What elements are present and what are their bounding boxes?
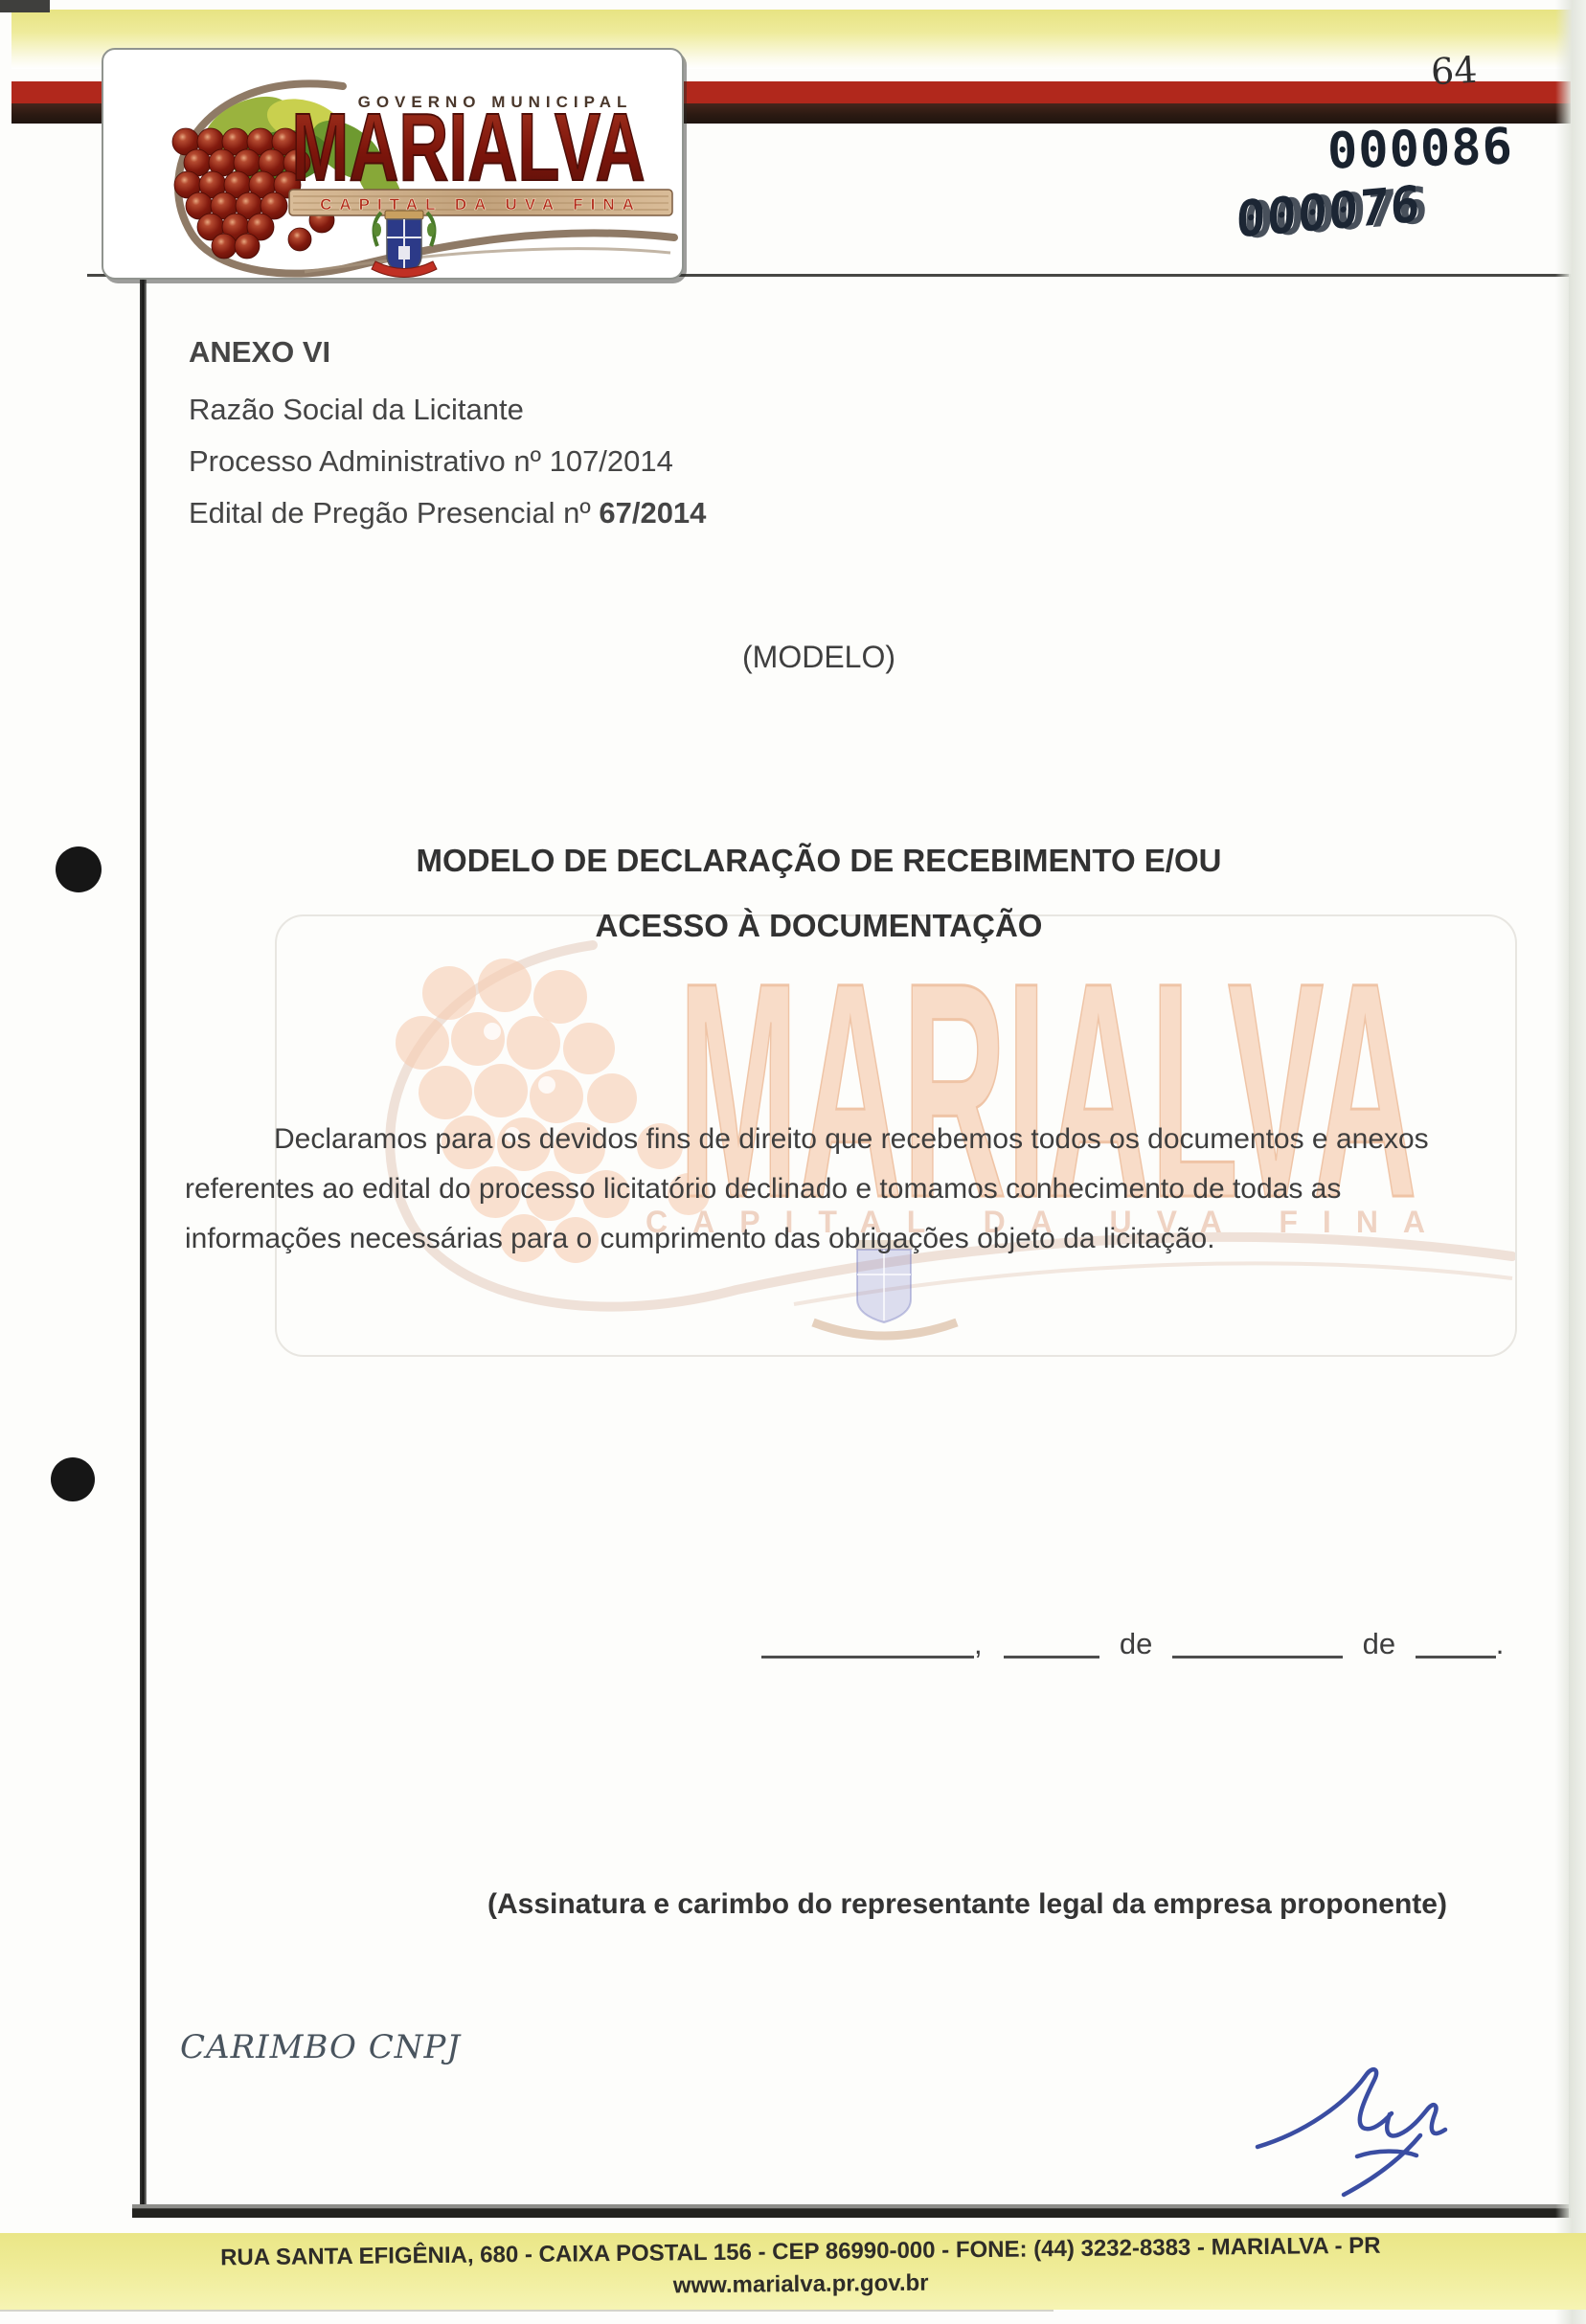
logo-city-name: MARIALVA xyxy=(291,94,645,200)
hole-punch-mark-bottom xyxy=(51,1457,95,1501)
date-comma: , xyxy=(974,1627,983,1660)
signature-caption: (Assinatura e carimbo do representante l… xyxy=(316,1888,1586,1921)
declaration-title-line2: ACESSO À DOCUMENTAÇÃO xyxy=(144,908,1494,944)
declaration-body-paragraph: Declaramos para os devidos fins de direi… xyxy=(185,1115,1478,1264)
process-number-line: Processo Administrativo nº 107/2014 xyxy=(189,444,673,479)
footer-bottom-scan-line xyxy=(0,2310,1054,2312)
footer-yellow-band: RUA SANTA EFIGÊNIA, 680 - CAIXA POSTAL 1… xyxy=(0,2233,1586,2310)
top-left-dark-sliver xyxy=(0,0,50,12)
bidder-name-line: Razão Social da Licitante xyxy=(189,393,524,427)
date-blank-city xyxy=(761,1627,974,1658)
date-word-de-2: de xyxy=(1363,1627,1395,1660)
edital-prefix: Edital de Pregão Presencial nº xyxy=(189,496,599,530)
hole-punch-mark-top xyxy=(56,846,102,892)
marialva-logo-art: GOVERNO MUNICIPAL MARIALVA CAPITAL DA UV… xyxy=(103,50,682,278)
edital-number: 67/2014 xyxy=(599,496,706,530)
model-label: (MODELO) xyxy=(144,640,1494,675)
handwritten-signature xyxy=(1250,2059,1451,2207)
body-line-1: Declaramos para os devidos fins de direi… xyxy=(185,1115,1478,1164)
footer-text-block: RUA SANTA EFIGÊNIA, 680 - CAIXA POSTAL 1… xyxy=(54,2231,1549,2306)
body-line-2: referentes ao edital do processo licitat… xyxy=(185,1164,1478,1214)
body-line-3: informações necessárias para o cumprimen… xyxy=(185,1214,1478,1264)
date-blank-month xyxy=(1172,1627,1343,1658)
annex-title: ANEXO VI xyxy=(189,335,330,370)
date-fill-in-line: , de de . xyxy=(761,1622,1504,1661)
footer-phone: FONE: (44) 3232-8383 xyxy=(956,2235,1191,2264)
stamp-main-impression: 000076 xyxy=(1235,175,1421,249)
date-word-de-1: de xyxy=(1120,1627,1152,1660)
logo-tagline: CAPITAL DA UVA FINA xyxy=(320,195,642,214)
cnpj-stamp-label: CARIMBO CNPJ xyxy=(180,2028,461,2066)
footer-address-suffix: - MARIALVA - PR xyxy=(1190,2233,1380,2261)
document-frame-left-border xyxy=(140,274,147,2218)
handwritten-page-number: 64 xyxy=(1430,49,1479,93)
logo-tagline-banner: CAPITAL DA UVA FINA xyxy=(289,190,672,215)
date-blank-day xyxy=(1004,1627,1099,1658)
declaration-title-line1: MODELO DE DECLARAÇÃO DE RECEBIMENTO E/OU xyxy=(144,843,1494,879)
page-number-stamp-bottom: 000076 000076 xyxy=(1235,171,1465,259)
coat-of-arms xyxy=(372,211,437,278)
date-period: . xyxy=(1496,1627,1505,1660)
page-scan-right-edge xyxy=(1555,0,1586,2324)
page-number-stamp-top: 000086 xyxy=(1326,118,1513,180)
scanned-document-page: GOVERNO MUNICIPAL MARIALVA CAPITAL DA UV… xyxy=(0,0,1586,2324)
footer-address-prefix: RUA SANTA EFIGÊNIA, 680 - CAIXA POSTAL 1… xyxy=(220,2237,956,2270)
date-blank-year xyxy=(1416,1627,1496,1658)
marialva-municipal-logo: GOVERNO MUNICIPAL MARIALVA CAPITAL DA UV… xyxy=(102,48,684,280)
edital-number-line: Edital de Pregão Presencial nº 67/2014 xyxy=(189,496,706,530)
